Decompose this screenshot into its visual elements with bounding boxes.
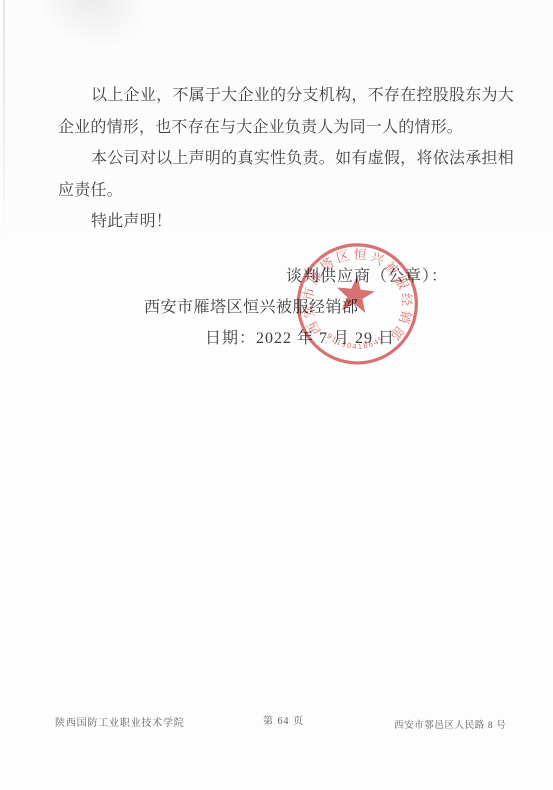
- scan-edge-artifact: [3, 0, 5, 235]
- scan-smudge-artifact: [31, 0, 160, 71]
- page-footer: 陕西国防工业职业技术学院 第 64 页 西安市鄠邑区人民路 8 号: [0, 710, 553, 740]
- footer-institution-name: 陕西国防工业职业技术学院: [55, 714, 185, 729]
- seal-star-icon: [335, 274, 377, 314]
- scanned-declaration-page: 以上企业，不属于大企业的分支机构，不存在控股股东为大企业的情形，也不存在与大企业…: [0, 0, 553, 790]
- declaration-paragraph: 以上企业，不属于大企业的分支机构，不存在控股股东为大企业的情形，也不存在与大企业…: [58, 80, 514, 143]
- statement-closing-line: 特此声明！: [58, 206, 514, 238]
- responsibility-paragraph: 本公司对以上声明的真实性负责。如有虚假，将依法承担相应责任。: [58, 143, 514, 206]
- company-seal-stamp-icon: 西安市雁塔区恒兴被服经销部 91130418645: [287, 236, 430, 379]
- declaration-body: 以上企业，不属于大企业的分支机构，不存在控股股东为大企业的情形，也不存在与大企业…: [58, 80, 514, 238]
- footer-address: 西安市鄠邑区人民路 8 号: [394, 717, 506, 731]
- seal-number: 91130418645: [324, 329, 387, 354]
- footer-page-number: 第 64 页: [263, 712, 304, 727]
